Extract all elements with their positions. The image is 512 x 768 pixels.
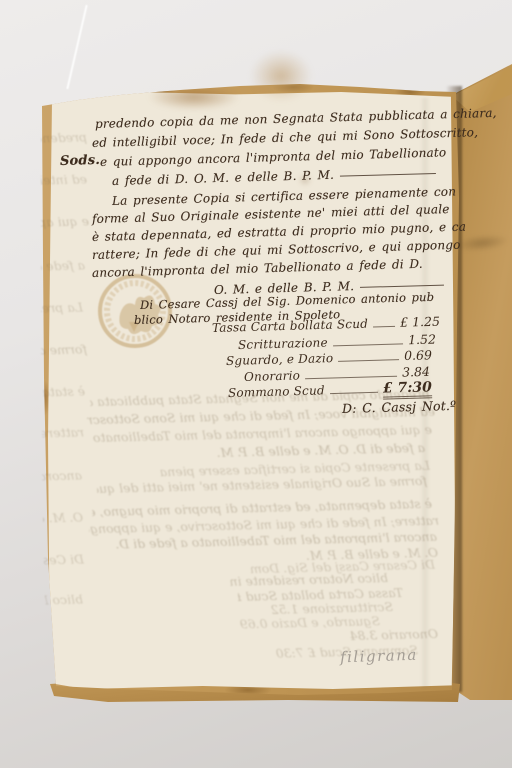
notary-signature: D: C. Cassj Not.º <box>342 398 457 416</box>
fee-leader-line <box>333 343 403 346</box>
fee-label: Onorario <box>244 368 300 384</box>
margin-note: Sods. <box>60 153 100 169</box>
fee-value: £ 1.25 <box>400 314 440 330</box>
fee-leader-line <box>305 376 397 380</box>
fee-label: Sguardo, e Dazio <box>226 351 334 368</box>
fee-label: Tassa Carta bollata Scud <box>212 317 368 335</box>
ink-flourish-rule <box>340 169 436 177</box>
fee-leader-line <box>373 326 395 328</box>
fee-leader-line <box>338 359 399 362</box>
fee-total-value: £ 7:30 <box>383 379 433 399</box>
fee-value: 0.69 <box>404 347 432 363</box>
pencil-note-filigrana: filigrana <box>340 646 418 667</box>
manuscript-photograph: predendo copia da me non Segnata Stata p… <box>0 0 512 768</box>
fee-leader-line <box>330 392 378 394</box>
manuscript-line-text: a fede di D. O. M. e delle B. P. M. <box>112 168 334 188</box>
fee-label: Sommano Scud <box>228 383 325 400</box>
ink-flourish-rule <box>360 281 444 288</box>
fee-value: 1.52 <box>408 331 436 347</box>
manuscript-line-4: a fede di D. O. M. e delle B. P. M. <box>112 165 436 188</box>
ink-text-layer: Sods. predendo copia da me non Segnata S… <box>0 0 512 768</box>
fee-value: 3.84 <box>402 364 430 380</box>
